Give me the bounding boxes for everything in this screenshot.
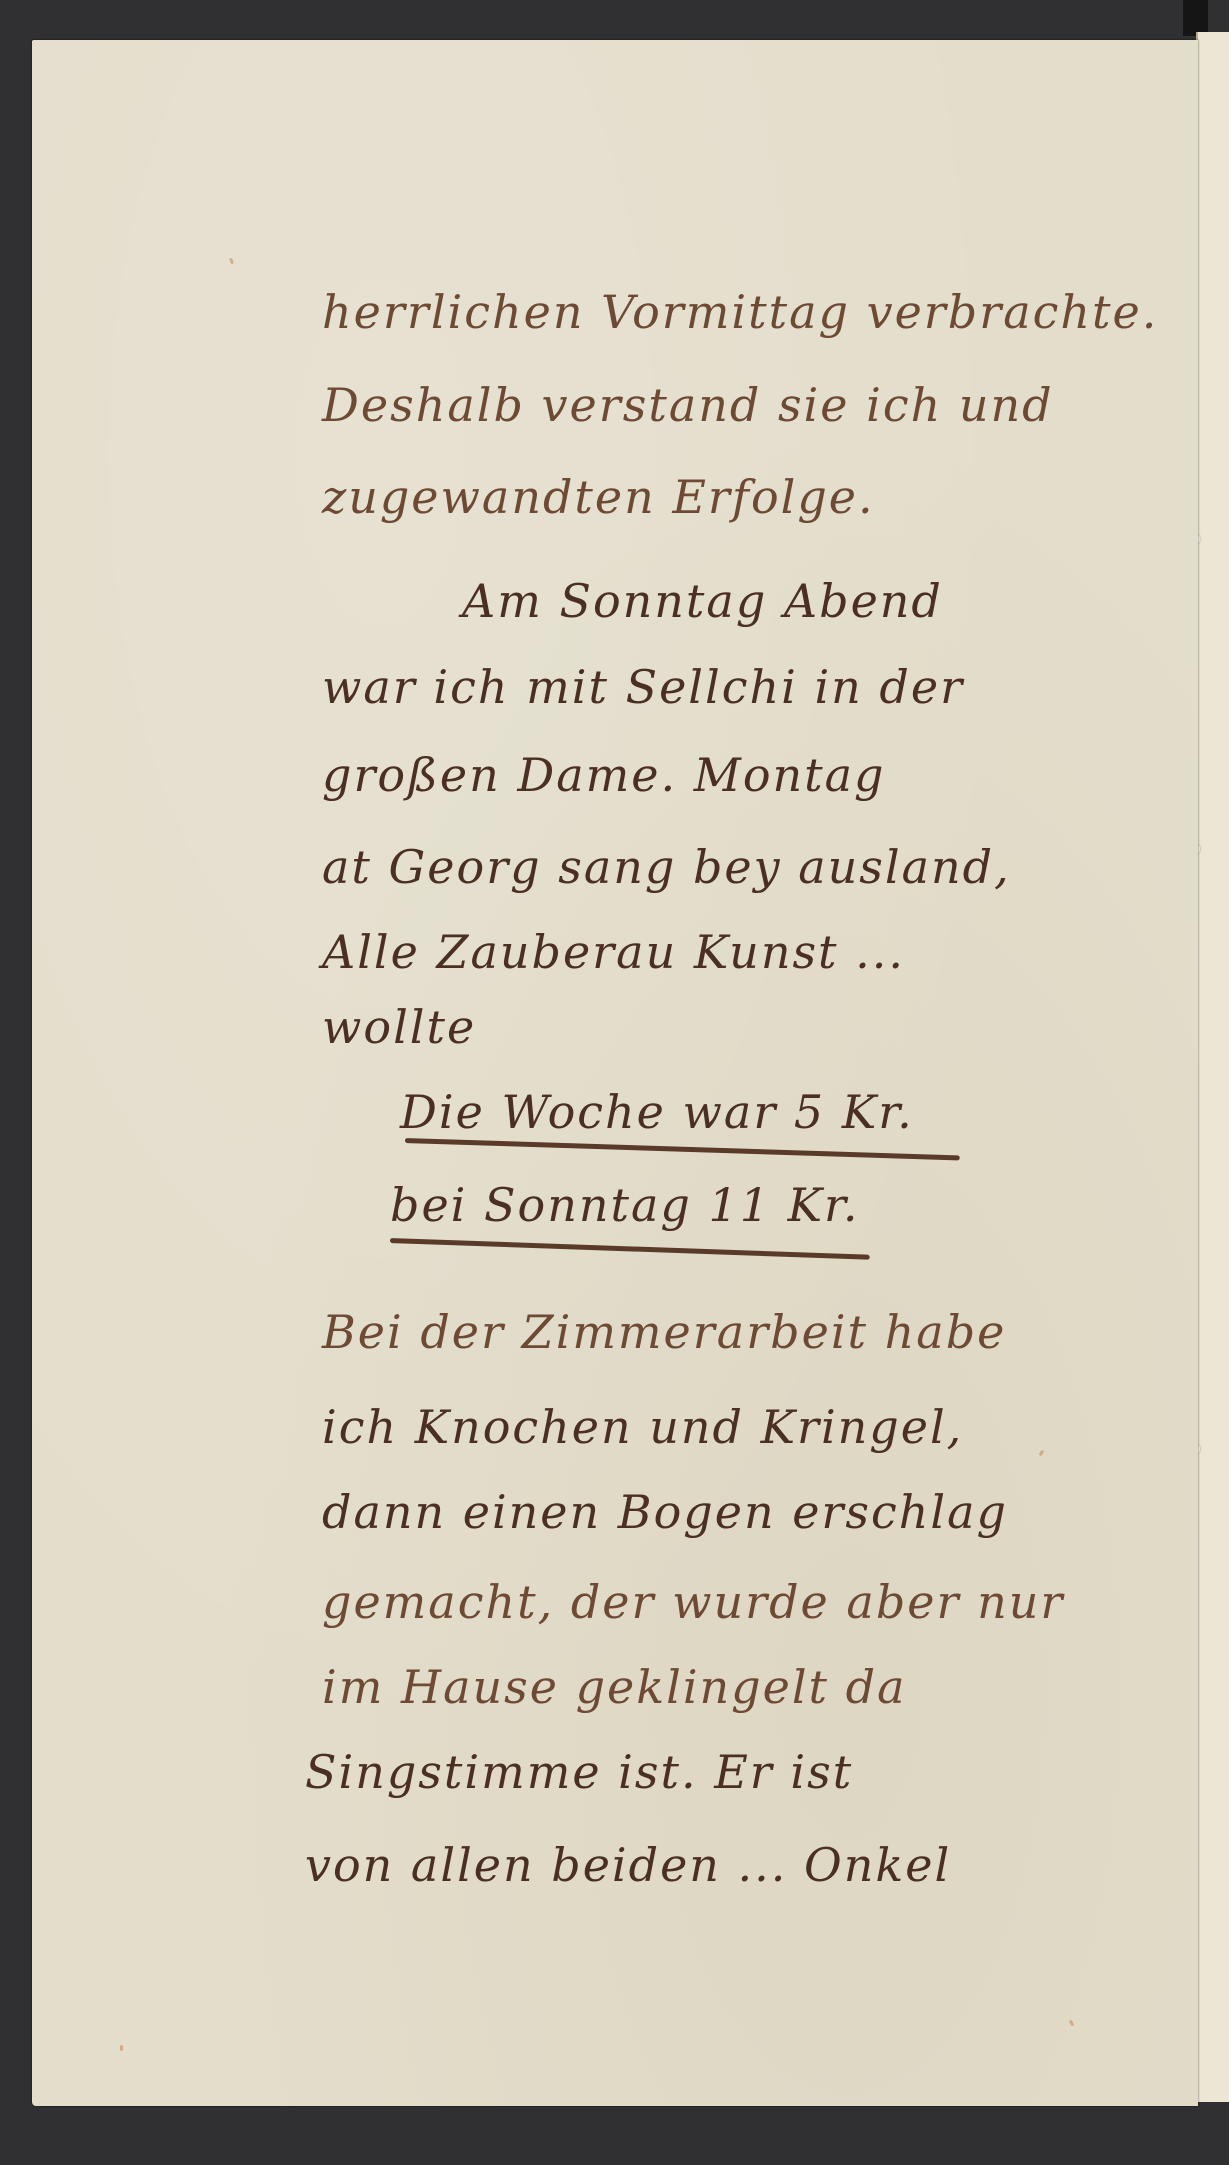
text-line: herrlichen Vormittag verbrachte.: [322, 285, 1158, 339]
text-line: großen Dame. Montag: [322, 748, 886, 802]
text-line: Singstimme ist. Er ist: [305, 1745, 853, 1799]
text-line: dann einen Bogen erschlag: [322, 1485, 1008, 1539]
text-line: Am Sonntag Abend: [462, 574, 943, 628]
text-line: gemacht, der wurde aber nur: [322, 1575, 1064, 1629]
text-line: Deshalb verstand sie ich und: [322, 378, 1054, 432]
text-line: Alle Zauberau Kunst ...: [322, 925, 905, 979]
handwritten-text: herrlichen Vormittag verbrachte. Deshalb…: [0, 0, 1229, 2165]
text-line: ich Knochen und Kringel,: [322, 1400, 963, 1454]
text-line: im Hause geklingelt da: [322, 1660, 907, 1714]
text-line: wollte: [322, 1000, 476, 1054]
text-line: war ich mit Sellchi in der: [322, 660, 964, 714]
paper-speck: [120, 2045, 123, 2051]
text-line: Bei der Zimmerarbeit habe: [322, 1305, 1006, 1359]
text-line: von allen beiden ... Onkel: [305, 1838, 951, 1892]
heading-underline: [390, 1238, 870, 1260]
text-line: at Georg sang bey ausland,: [322, 840, 1011, 894]
text-line: zugewandten Erfolge.: [322, 470, 875, 524]
heading-line: bei Sonntag 11 Kr.: [390, 1178, 860, 1232]
heading-line: Die Woche war 5 Kr.: [400, 1085, 914, 1139]
heading-underline: [405, 1138, 960, 1160]
